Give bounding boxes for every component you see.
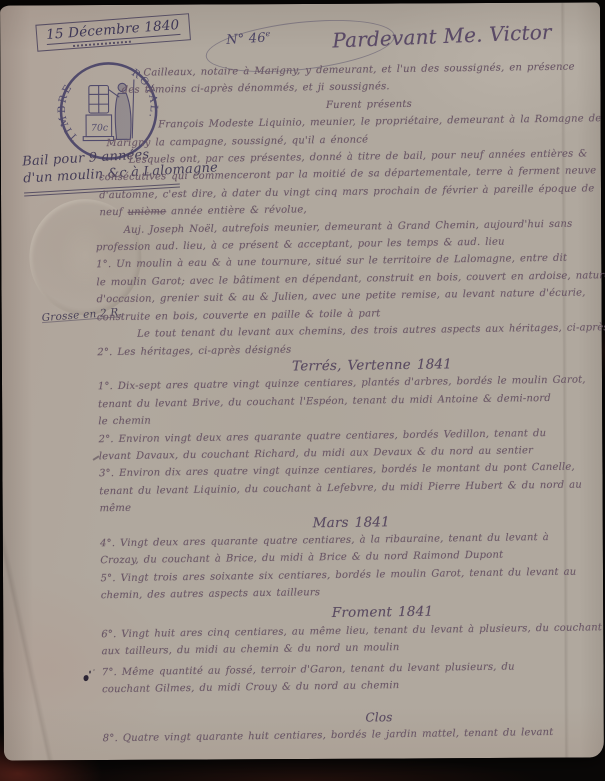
act-number-exponent: e bbox=[265, 29, 270, 38]
paper: 15 Décembre 1840 N° 46e Pardevant Me. Vi… bbox=[0, 2, 604, 760]
ink-blot bbox=[84, 675, 89, 681]
stamp-arc-left-label: TIMBRE bbox=[57, 81, 80, 143]
body-text: Cailleaux, notaire à Marigny, y demeuran… bbox=[93, 58, 605, 747]
struck-word: unième bbox=[128, 207, 167, 219]
date-note-box: 15 Décembre 1840 bbox=[35, 13, 190, 51]
svg-text:TIMBRE: TIMBRE bbox=[57, 81, 80, 143]
act-number: N° 46e bbox=[226, 29, 271, 48]
photo-backdrop: 15 Décembre 1840 N° 46e Pardevant Me. Vi… bbox=[0, 0, 605, 781]
